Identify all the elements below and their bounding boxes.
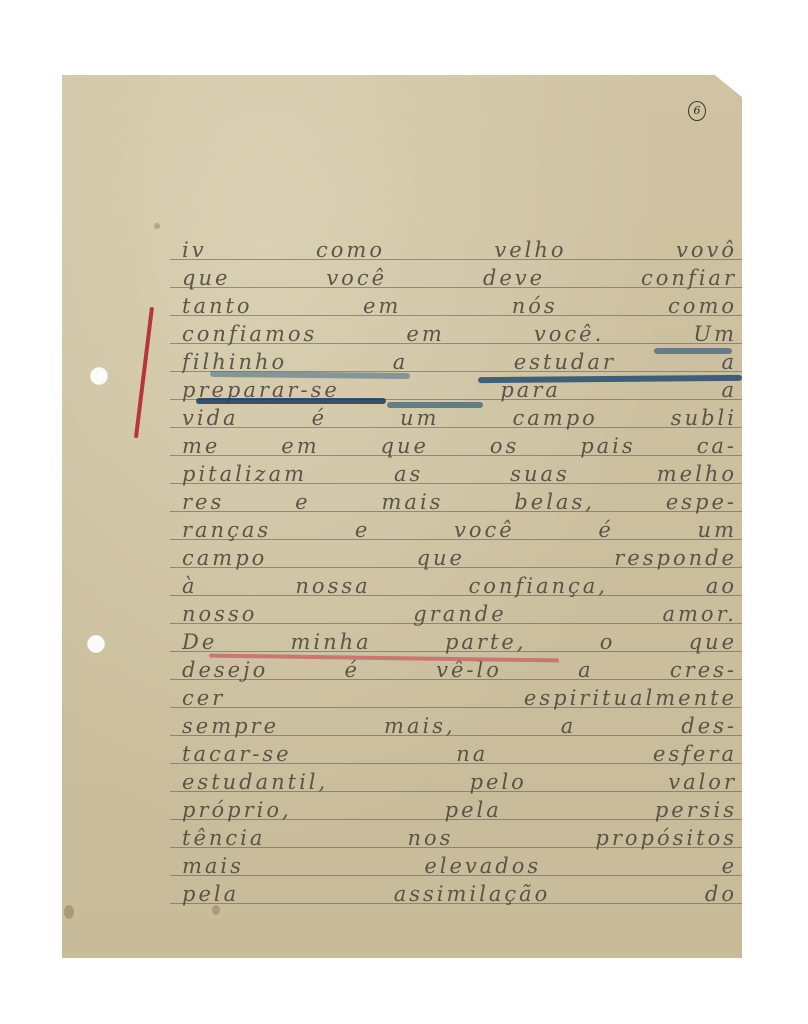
handwritten-line: tacar-se na esfera <box>182 740 737 768</box>
handwritten-line: iv como velho vovô <box>182 236 737 264</box>
handwritten-line: estudantil, pelo valor <box>182 768 737 796</box>
blue-underline <box>654 348 732 354</box>
handwritten-line: que você deve confiar <box>182 264 737 292</box>
handwritten-line: pitalizam as suas melho <box>182 460 737 488</box>
handwritten-line: mais elevados e <box>182 852 737 880</box>
handwritten-line: confiamos em você. Um <box>182 320 737 348</box>
punch-hole <box>90 367 108 385</box>
punch-hole <box>87 635 105 653</box>
blue-underline <box>196 398 386 404</box>
handwritten-line: tência nos propósitos <box>182 824 737 852</box>
handwritten-line: De minha parte, o que <box>182 628 737 656</box>
handwritten-line: vida é um campo subli <box>182 404 737 432</box>
handwritten-line: ranças e você é um <box>182 516 737 544</box>
page-number: 6 <box>688 101 706 121</box>
paper-stain <box>64 905 74 919</box>
paper-stain <box>154 223 160 229</box>
handwritten-line: res e mais belas, espe- <box>182 488 737 516</box>
handwritten-line: à nossa confiança, ao <box>182 572 737 600</box>
handwritten-line: cer espiritualmente <box>182 684 737 712</box>
handwritten-line: me em que os pais ca- <box>182 432 737 460</box>
handwritten-line: pela assimilação do <box>182 880 737 908</box>
handwritten-line: campo que responde <box>182 544 737 572</box>
handwritten-line: nosso grande amor. <box>182 600 737 628</box>
handwritten-line: sempre mais, a des- <box>182 712 737 740</box>
blue-underline <box>387 402 483 408</box>
handwritten-line: tanto em nós como <box>182 292 737 320</box>
handwritten-line: próprio, pela persis <box>182 796 737 824</box>
